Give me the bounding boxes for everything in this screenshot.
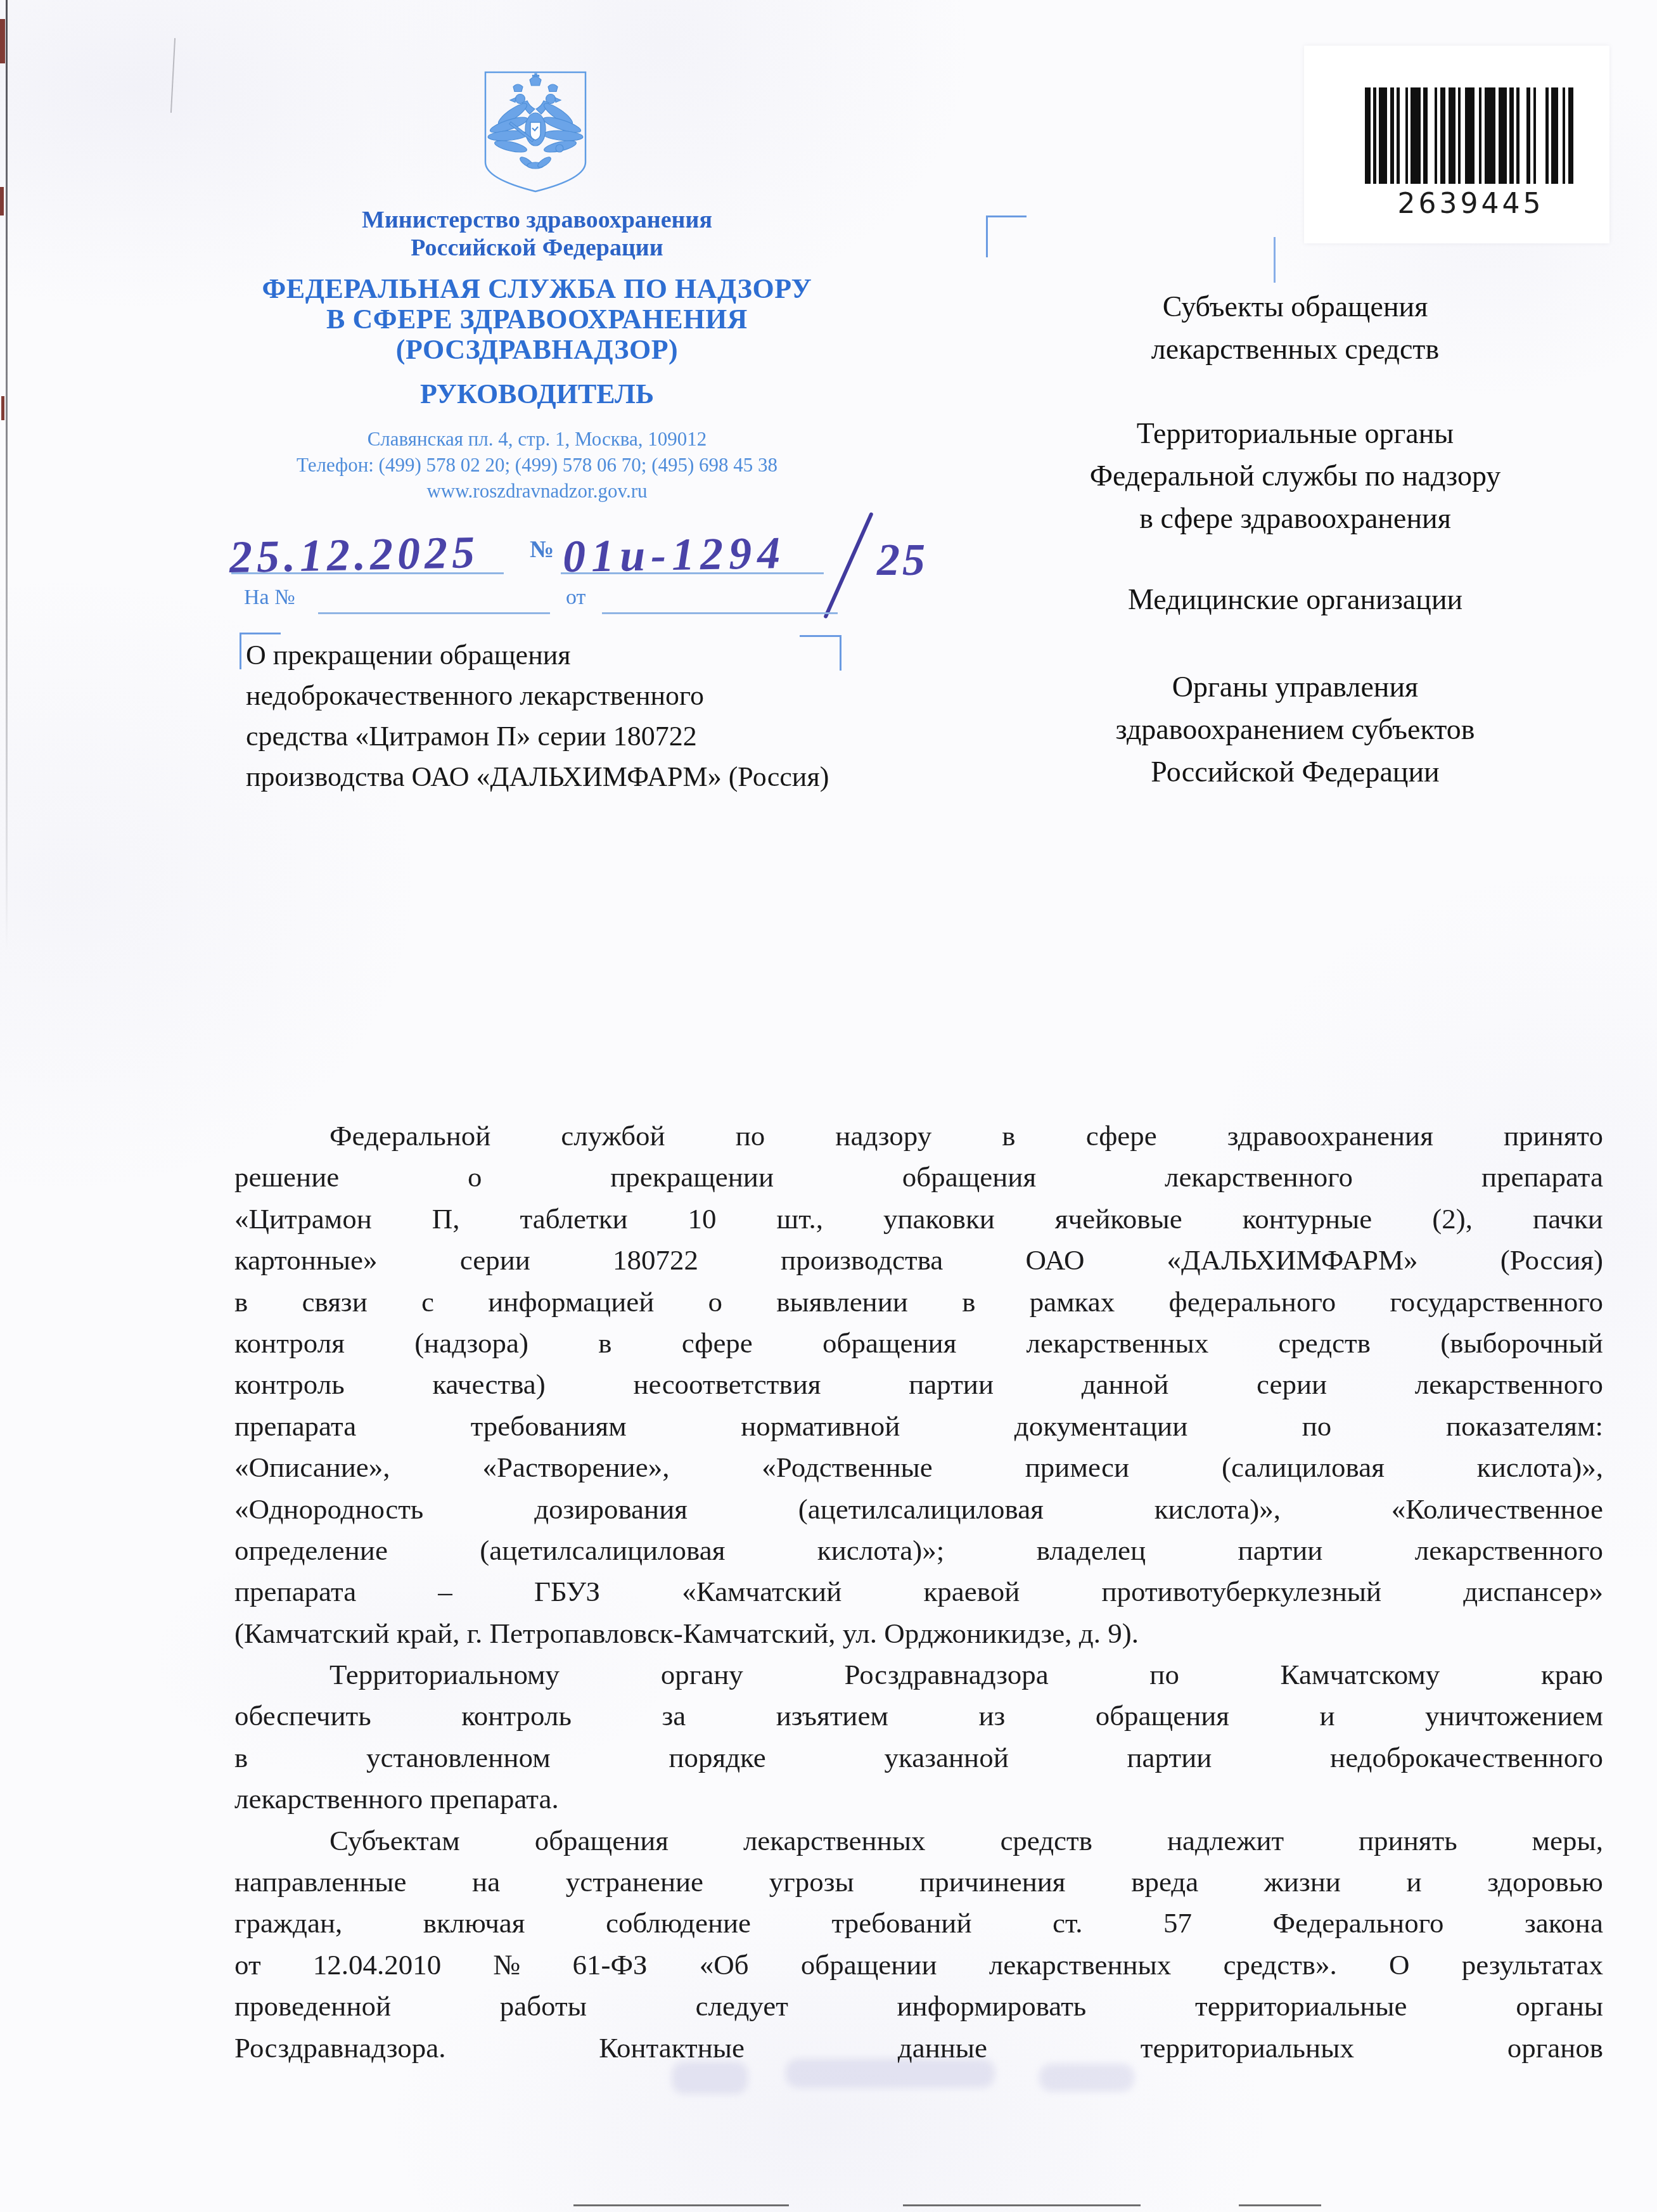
body-line: «Однородностьдозирования(ацетилсалицилов… xyxy=(234,1489,1603,1530)
letterhead: Министерство здравоохранения Российской … xyxy=(187,0,887,520)
body-line: вустановленномпорядкеуказаннойпартиинедо… xyxy=(234,1737,1603,1778)
reply-number-underline xyxy=(318,612,550,614)
handwritten-number-suffix: 25 xyxy=(877,534,928,586)
scan-bottom-line xyxy=(903,2204,1141,2206)
handwritten-date: 25.12.2025 xyxy=(229,526,480,584)
scan-bottom-line xyxy=(573,2204,789,2206)
recipient-line: здравоохранением субъектов xyxy=(971,708,1620,750)
subject-bracket-top-left xyxy=(240,633,281,634)
contact-block: Славянская пл. 4, стр. 1, Москва, 109012… xyxy=(187,426,887,504)
letter-body: Федеральнойслужбойпонадзорувсферездравоо… xyxy=(234,1116,1603,2069)
handwritten-slash xyxy=(823,512,874,619)
phone-line: Телефон: (499) 578 02 20; (499) 578 06 7… xyxy=(187,452,887,478)
recipient-line: Органы управления xyxy=(971,666,1620,708)
scan-edge-mark xyxy=(0,187,4,215)
body-line: «ЦитрамонП,таблетки10шт.,упаковкиячейков… xyxy=(234,1199,1603,1240)
recipient-line: Медицинские организации xyxy=(971,578,1620,621)
body-line: Федеральнойслужбойпонадзорувсферездравоо… xyxy=(234,1116,1603,1157)
recipients-column: Субъекты обращениялекарственных средствТ… xyxy=(971,0,1620,824)
body-line: от12.04.2010№61-ФЗ«Обобращениилекарствен… xyxy=(234,1945,1603,1986)
recipient-line: в сфере здравоохранения xyxy=(971,497,1620,539)
service-name: ФЕДЕРАЛЬНАЯ СЛУЖБА ПО НАДЗОРУ В СФЕРЕ ЗД… xyxy=(187,274,887,365)
number-sign-label: № xyxy=(530,536,554,563)
body-line: контролькачества)несоответствияпартиидан… xyxy=(234,1364,1603,1405)
scanned-letter-page: { "document": { "emblem": "russian-coat-… xyxy=(0,0,1657,2212)
body-line: лекарственного препарата. xyxy=(234,1778,1603,1820)
address-line: Славянская пл. 4, стр. 1, Москва, 109012 xyxy=(187,426,887,452)
reply-date-underline xyxy=(602,612,838,614)
recipient-line: Российской Федерации xyxy=(971,750,1620,793)
recipient-line: Субъекты обращения xyxy=(971,285,1620,328)
body-line: препарататребованиямнормативнойдокумента… xyxy=(234,1406,1603,1447)
body-line: проведеннойработыследуетинформироватьтер… xyxy=(234,1986,1603,2027)
body-line: «Описание»,«Растворение»,«Родственныепри… xyxy=(234,1447,1603,1488)
body-line: направленныенаустранениеугрозыпричинения… xyxy=(234,1862,1603,1903)
body-line: контроля(надзора)всфереобращениялекарств… xyxy=(234,1323,1603,1364)
ministry-line: Российской Федерации xyxy=(187,234,887,262)
website-line: www.roszdravnadzor.gov.ru xyxy=(187,478,887,504)
subject-line: О прекращении обращения xyxy=(246,635,854,676)
recipient-group: Медицинские организации xyxy=(971,578,1620,621)
subject-line: производства ОАО «ДАЛЬХИМФАРМ» (Россия) xyxy=(246,757,854,797)
subject-line: недоброкачественного лекарственного xyxy=(246,676,854,716)
body-line: решениеопрекращенииобращениялекарственно… xyxy=(234,1157,1603,1198)
subject-line: средства «Цитрамон П» серии 180722 xyxy=(246,716,854,757)
handwritten-number: 01и-1294 xyxy=(562,527,786,583)
body-line: Росздравнадзора.Контактныеданныетерритор… xyxy=(234,2028,1603,2069)
scan-edge-line xyxy=(6,0,8,951)
body-line: определение(ацетилсалициловаякислота)»;в… xyxy=(234,1530,1603,1571)
from-label: от xyxy=(566,586,585,610)
body-line: обеспечитьконтрользаизъятиемизобращенияи… xyxy=(234,1695,1603,1737)
reply-to-label: На № xyxy=(244,586,295,610)
recipient-line: лекарственных средств xyxy=(971,328,1620,370)
body-line: препарата–ГБУЗ«Камчатскийкраевойпротивот… xyxy=(234,1571,1603,1612)
scan-edge-mark xyxy=(0,19,5,63)
service-line: (РОСЗДРАВНАДЗОР) xyxy=(187,335,887,365)
scan-bottom-line xyxy=(1239,2204,1321,2206)
recipient-group: Органы управленияздравоохранением субъек… xyxy=(971,666,1620,793)
recipient-group: Субъекты обращениялекарственных средств xyxy=(971,285,1620,370)
scan-edge-mark xyxy=(1,396,4,420)
position-title: РУКОВОДИТЕЛЬ xyxy=(187,379,887,409)
subject-bracket-top-left xyxy=(240,633,241,669)
number-underline xyxy=(561,572,824,574)
ministry-name: Министерство здравоохранения Российской … xyxy=(187,206,887,262)
recipient-line: Федеральной службы по надзору xyxy=(971,454,1620,497)
service-line: ФЕДЕРАЛЬНАЯ СЛУЖБА ПО НАДЗОРУ xyxy=(187,274,887,304)
body-line: (Камчатский край, г. Петропавловск-Камча… xyxy=(234,1613,1603,1654)
ministry-line: Министерство здравоохранения xyxy=(187,206,887,234)
recipient-group: Территориальные органыФедеральной службы… xyxy=(971,412,1620,539)
body-line: Субъектамобращениялекарственныхсредствна… xyxy=(234,1820,1603,1862)
body-line: ТерриториальномуоргануРосздравнадзорапоК… xyxy=(234,1654,1603,1695)
body-line: граждан,включаясоблюдениетребованийст.57… xyxy=(234,1903,1603,1944)
body-line: картонные»серии180722производстваОАО«ДАЛ… xyxy=(234,1240,1603,1281)
scan-scratch xyxy=(170,38,176,113)
recipient-line: Территориальные органы xyxy=(971,412,1620,454)
body-line: всвязисинформациейовыявленииврамкахфедер… xyxy=(234,1282,1603,1323)
service-line: В СФЕРЕ ЗДРАВООХРАНЕНИЯ xyxy=(187,304,887,335)
date-underline xyxy=(231,572,504,574)
subject-block: О прекращении обращения недоброкачествен… xyxy=(246,635,854,797)
